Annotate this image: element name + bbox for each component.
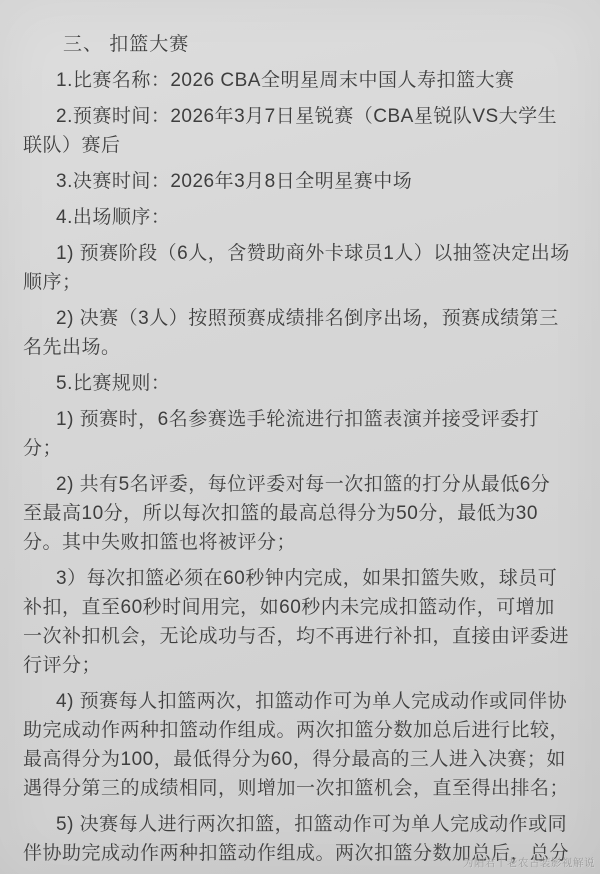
text-line: 名先出场。 <box>23 333 576 362</box>
paragraph-final-time: 3.决赛时间：2026年3月8日全明星赛中场 <box>23 167 576 196</box>
text-line: 1) 预赛阶段（6人，含赞助商外卡球员1人）以抽签决定出场 <box>23 239 576 268</box>
text-line: 分。其中失败扣篮也将被评分； <box>23 528 576 557</box>
paragraph-appearance-order: 4.出场顺序： <box>23 203 576 232</box>
text-line: 最高得分为100，最低得分为60，得分最高的三人进入决赛；如 <box>23 745 576 774</box>
paragraph-rule-4: 4) 预赛每人扣篮两次，扣篮动作可为单人完成动作或同伴协 助完成动作两种扣篮动作… <box>23 687 576 803</box>
text-line: 5) 决赛每人进行两次扣篮，扣篮动作可为单人完成动作或同 <box>23 810 576 839</box>
text-line: 2) 决赛（3人）按照预赛成绩排名倒序出场，预赛成绩第三 <box>23 304 576 333</box>
text-line: 分； <box>23 434 576 463</box>
text-line: 1.比赛名称：2026 CBA全明星周末中国人寿扣篮大赛 <box>23 66 576 95</box>
paragraph-prelim-time: 2.预赛时间：2026年3月7日星锐赛（CBA星锐队VS大学生 联队）赛后 <box>23 102 576 160</box>
text-line: 助完成动作两种扣篮动作组成。两次扣篮分数加总后进行比较， <box>23 716 576 745</box>
text-line: 5.比赛规则： <box>23 369 576 398</box>
paragraph-order-final: 2) 决赛（3人）按照预赛成绩排名倒序出场，预赛成绩第三 名先出场。 <box>23 304 576 362</box>
text-line: 补扣，直至60秒时间用完，如60秒内未完成扣篮动作，可增加 <box>23 593 576 622</box>
text-line: 顺序； <box>23 268 576 297</box>
text-line: 4.出场顺序： <box>23 203 576 232</box>
document-page: 三、 扣篮大赛 1.比赛名称：2026 CBA全明星周末中国人寿扣篮大赛 2.预… <box>0 0 600 874</box>
text-line: 至最高10分，所以每次扣篮的最高总得分为50分，最低为30 <box>23 499 576 528</box>
channel-watermark: 为阳君丨老农古装影视解说 <box>463 855 595 870</box>
paragraph-rule-2: 2) 共有5名评委，每位评委对每一次扣篮的打分从最低6分 至最高10分，所以每次… <box>23 470 576 557</box>
text-line: 3.决赛时间：2026年3月8日全明星赛中场 <box>23 167 576 196</box>
text-line: 遇得分第三的成绩相同，则增加一次扣篮机会，直至得出排名； <box>23 774 576 803</box>
paragraph-order-prelim: 1) 预赛阶段（6人，含赞助商外卡球员1人）以抽签决定出场 顺序； <box>23 239 576 297</box>
section-heading: 三、 扣篮大赛 <box>23 30 576 59</box>
text-line: 4) 预赛每人扣篮两次，扣篮动作可为单人完成动作或同伴协 <box>23 687 576 716</box>
paragraph-rule-1: 1) 预赛时，6名参赛选手轮流进行扣篮表演并接受评委打 分； <box>23 405 576 463</box>
heading-text: 三、 扣篮大赛 <box>23 30 576 59</box>
text-line: 3）每次扣篮必须在60秒钟内完成，如果扣篮失败，球员可 <box>23 564 576 593</box>
paragraph-competition-name: 1.比赛名称：2026 CBA全明星周末中国人寿扣篮大赛 <box>23 66 576 95</box>
paragraph-rule-3: 3）每次扣篮必须在60秒钟内完成，如果扣篮失败，球员可 补扣，直至60秒时间用完… <box>23 564 576 680</box>
document-content: 三、 扣篮大赛 1.比赛名称：2026 CBA全明星周末中国人寿扣篮大赛 2.预… <box>0 0 600 868</box>
text-line: 一次补扣机会，无论成功与否，均不再进行补扣，直接由评委进 <box>23 622 576 651</box>
text-line: 联队）赛后 <box>23 131 576 160</box>
text-line: 2) 共有5名评委，每位评委对每一次扣篮的打分从最低6分 <box>23 470 576 499</box>
text-line: 2.预赛时间：2026年3月7日星锐赛（CBA星锐队VS大学生 <box>23 102 576 131</box>
text-line: 1) 预赛时，6名参赛选手轮流进行扣篮表演并接受评委打 <box>23 405 576 434</box>
text-line: 行评分； <box>23 651 576 680</box>
paragraph-rules-heading: 5.比赛规则： <box>23 369 576 398</box>
